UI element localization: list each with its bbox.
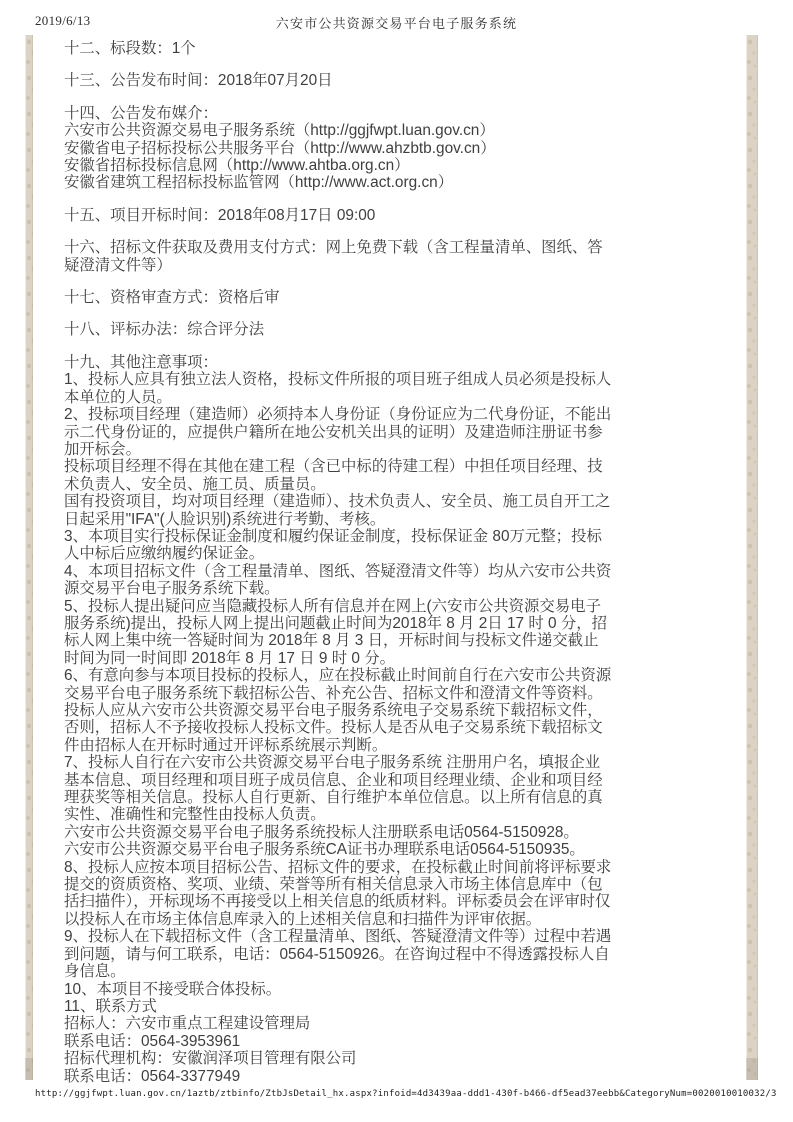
print-header-title: 六安市公共资源交易平台电子服务系统: [0, 13, 793, 32]
text-line: 安徽省建筑工程招标投标监管网（http://www.act.org.cn）: [64, 174, 612, 191]
printed-page: 六安市公共资源交易平台电子服务系统 2019/6/13 十二、标段数：1个十三、…: [0, 0, 793, 1122]
print-footer: http://ggjfwpt.luan.gov.cn/1aztb/ztbinfo…: [0, 1089, 793, 1099]
text-line: 8、投标人应按本项目招标公告、招标文件的要求，在投标截止时间前将评标要求提交的资…: [64, 859, 612, 929]
print-footer-page-number: 2/3: [760, 1089, 777, 1099]
text-line: 4、本项目招标文件（含工程量清单、图纸、答疑澄清文件等）均从六安市公共资源交易平…: [64, 563, 612, 598]
text-line: 安徽省招标投标信息网（http://www.ahtba.org.cn）: [64, 157, 612, 174]
text-line: 招标人：六安市重点工程建设管理局: [64, 1015, 612, 1032]
section-19: 十九、其他注意事项：1、投标人应具有独立法人资格，投标文件所报的项目班子组成人员…: [64, 354, 612, 1085]
text-line: 9、投标人在下载招标文件（含工程量清单、图纸、答疑澄清文件等）过程中若遇到问题，…: [64, 928, 612, 980]
page-border-right-strip: [746, 35, 758, 1080]
section-18: 十八、评标办法：综合评分法: [64, 321, 612, 338]
document-body: 十二、标段数：1个十三、公告发布时间：2018年07月20日十四、公告发布媒介：…: [64, 40, 612, 1100]
text-line: 联系电话：0564-3377949: [64, 1068, 612, 1085]
text-line: 1、投标人应具有独立法人资格，投标文件所报的项目班子组成人员必须是投标人本单位的…: [64, 371, 612, 406]
text-line: 六安市公共资源交易电子服务系统（http://ggjfwpt.luan.gov.…: [64, 122, 612, 139]
text-line: 10、本项目不接受联合体投标。: [64, 981, 612, 998]
text-line: 十八、评标办法：综合评分法: [64, 321, 612, 338]
text-line: 招标代理机构：安徽润泽项目管理有限公司: [64, 1050, 612, 1067]
text-line: 十三、公告发布时间：2018年07月20日: [64, 72, 612, 89]
section-14: 十四、公告发布媒介：六安市公共资源交易电子服务系统（http://ggjfwpt…: [64, 105, 612, 192]
text-line: 国有投资项目，均对项目经理（建造师）、技术负责人、安全员、施工员自开工之日起采用…: [64, 493, 612, 528]
text-line: 十五、项目开标时间：2018年08月17日 09:00: [64, 207, 612, 224]
text-line: 2、投标项目经理（建造师）必须持本人身份证（身份证应为二代身份证，不能出示二代身…: [64, 406, 612, 458]
text-line: 安徽省电子招标投标公共服务平台（http://www.ahzbtb.gov.cn…: [64, 140, 612, 157]
text-line: 投标项目经理不得在其他在建工程（含已中标的待建工程）中担任项目经理、技术负责人、…: [64, 458, 612, 493]
section-16: 十六、招标文件获取及费用支付方式：网上免费下载（含工程量清单、图纸、答疑澄清文件…: [64, 239, 612, 274]
text-line: 联系电话：0564-3953961: [64, 1033, 612, 1050]
print-header-date: 2019/6/13: [35, 13, 90, 29]
section-17: 十七、资格审查方式：资格后审: [64, 289, 612, 306]
text-line: 5、投标人提出疑问应当隐藏投标人所有信息并在网上(六安市公共资源交易电子服务系统…: [64, 598, 612, 668]
section-12: 十二、标段数：1个: [64, 40, 612, 57]
print-footer-url: http://ggjfwpt.luan.gov.cn/1aztb/ztbinfo…: [35, 1089, 760, 1099]
text-line: 十二、标段数：1个: [64, 40, 612, 57]
text-line: 十六、招标文件获取及费用支付方式：网上免费下载（含工程量清单、图纸、答疑澄清文件…: [64, 239, 612, 274]
text-line: 6、有意向参与本项目投标的投标人，应在投标截止时间前自行在六安市公共资源交易平台…: [64, 667, 612, 754]
section-13: 十三、公告发布时间：2018年07月20日: [64, 72, 612, 89]
section-15: 十五、项目开标时间：2018年08月17日 09:00: [64, 207, 612, 224]
text-line: 六安市公共资源交易平台电子服务系统CA证书办理联系电话0564-5150935。: [64, 841, 612, 858]
text-line: 11、联系方式: [64, 998, 612, 1015]
page-border-left-strip: [25, 35, 33, 1080]
text-line: 十四、公告发布媒介：: [64, 105, 612, 122]
text-line: 十九、其他注意事项：: [64, 354, 612, 371]
text-line: 7、投标人自行在六安市公共资源交易平台电子服务系统 注册用户名，填报企业基本信息…: [64, 754, 612, 824]
text-line: 3、本项目实行投标保证金制度和履约保证金制度，投标保证金 80万元整；投标人中标…: [64, 528, 612, 563]
text-line: 十七、资格审查方式：资格后审: [64, 289, 612, 306]
text-line: 六安市公共资源交易平台电子服务系统投标人注册联系电话0564-5150928。: [64, 824, 612, 841]
print-header: 六安市公共资源交易平台电子服务系统 2019/6/13: [0, 13, 793, 32]
